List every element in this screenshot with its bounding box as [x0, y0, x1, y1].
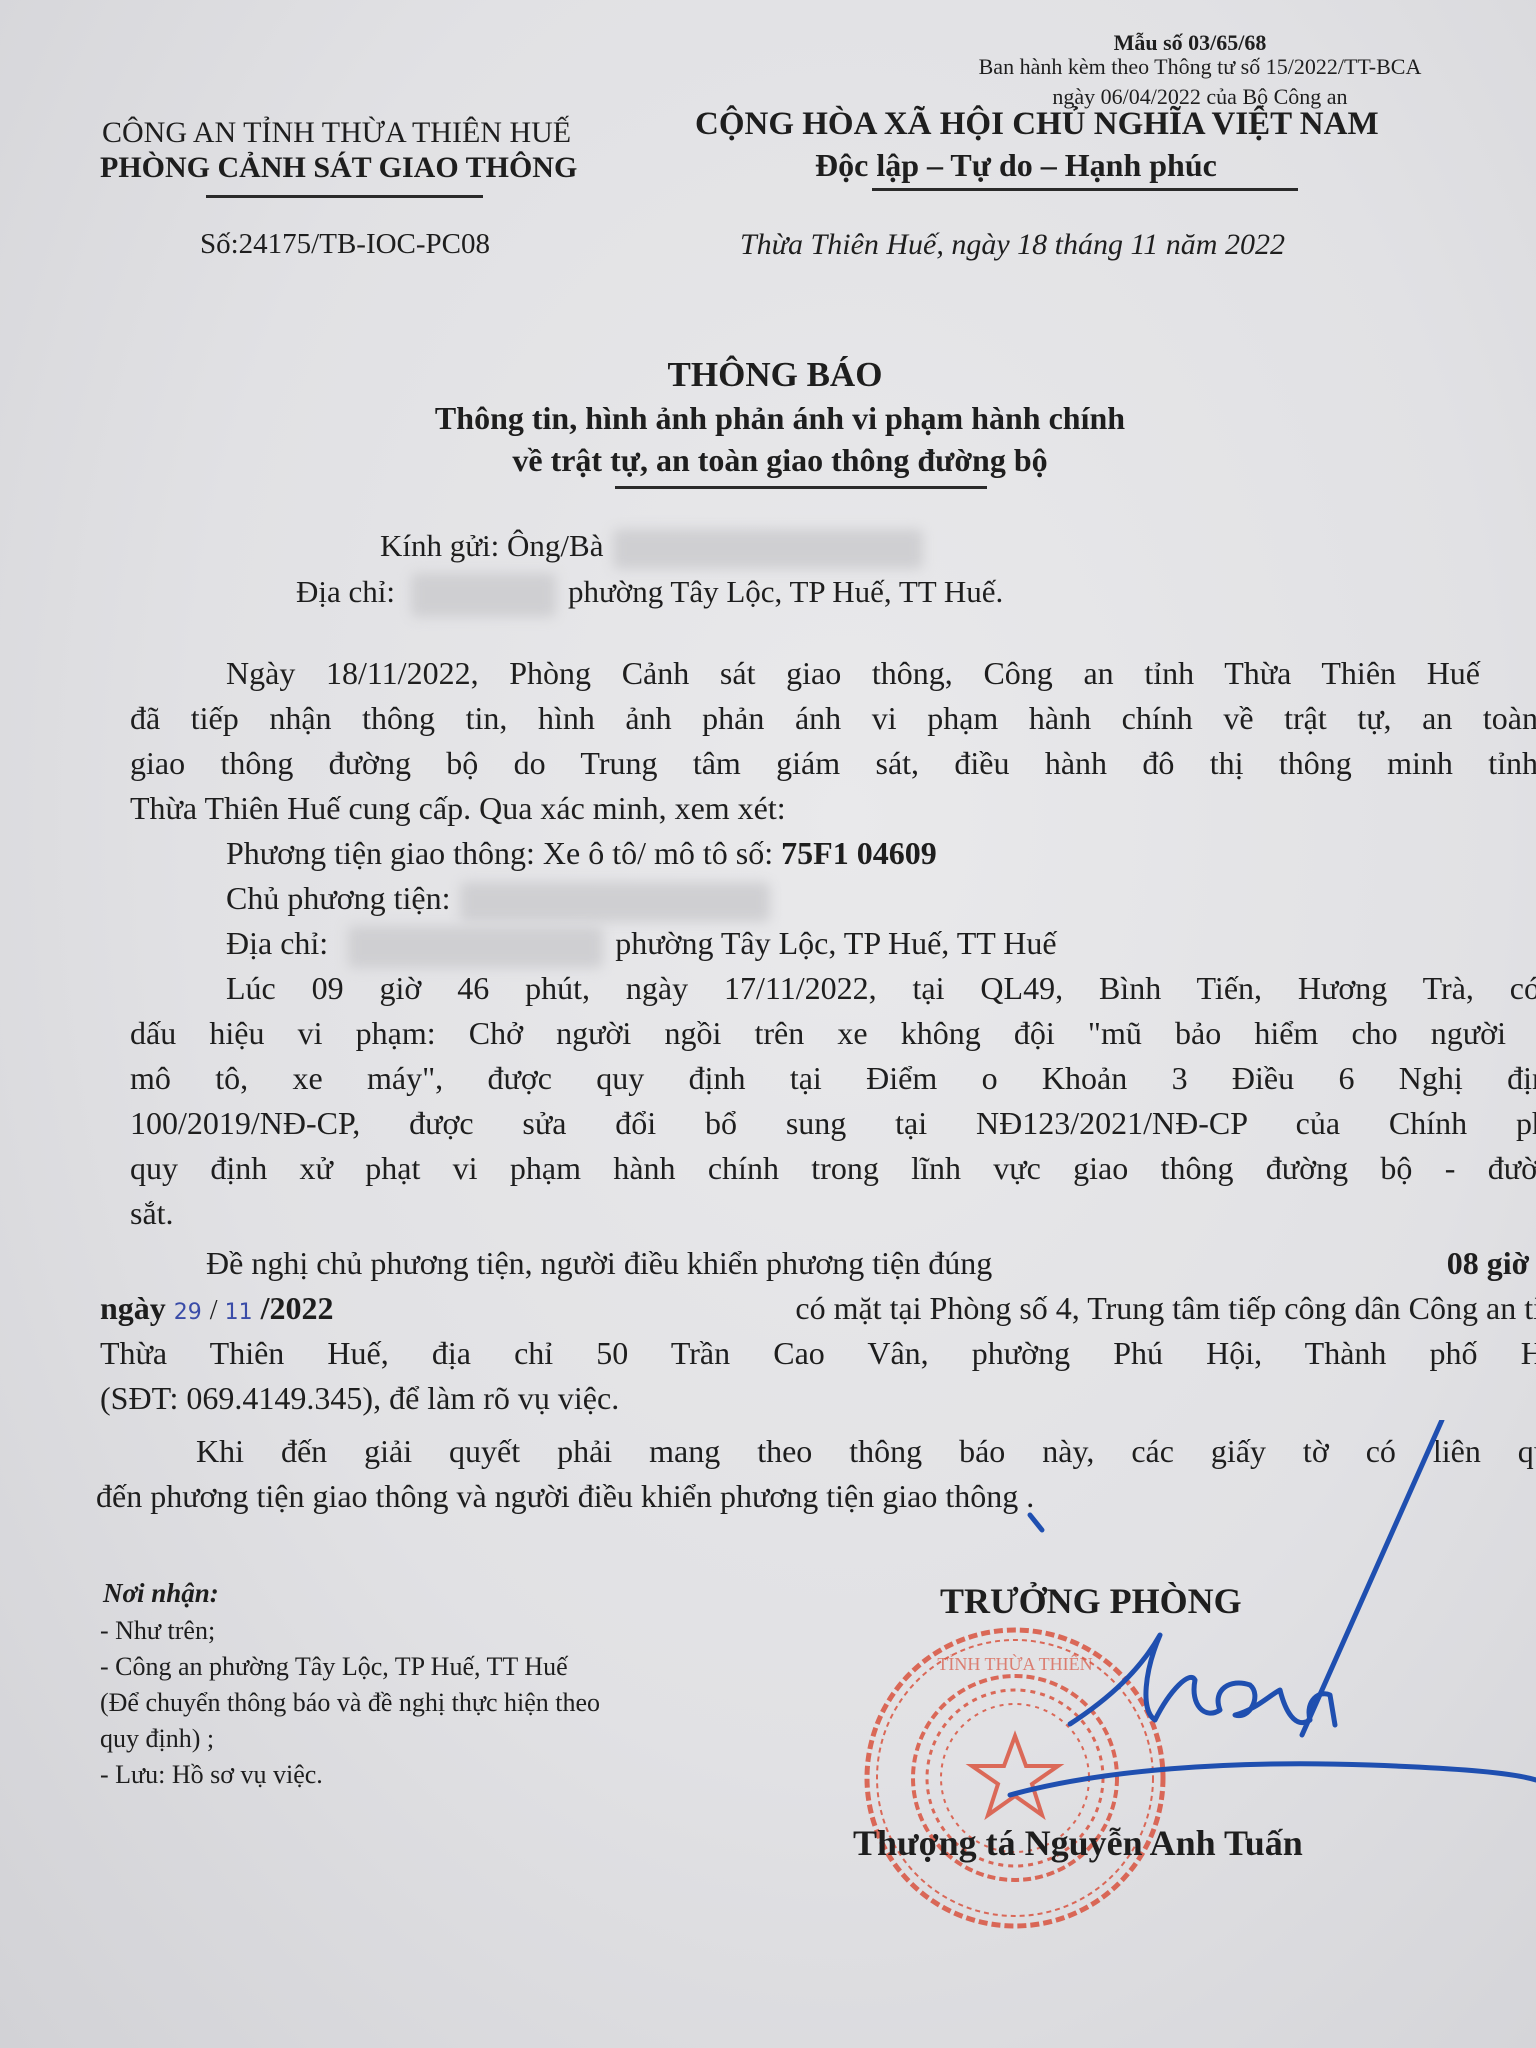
- place-date: Thừa Thiên Huế, ngày 18 tháng 11 năm 202…: [740, 228, 1285, 262]
- handwritten-month: 11: [225, 1300, 253, 1325]
- violation-line1: Lúc 09 giờ 46 phút, ngày 17/11/2022, tại…: [226, 970, 1536, 1007]
- bring-line1: Khi đến giải quyết phải mang theo thông …: [196, 1433, 1536, 1470]
- recipient-item: (Để chuyển thông báo và đề nghị thực hiệ…: [100, 1685, 600, 1721]
- request-line3: Thừa Thiên Huế, địa chỉ 50 Trần Cao Vân,…: [100, 1335, 1536, 1372]
- request-line2-rest: có mặt tại Phòng số 4, Trung tâm tiếp cô…: [795, 1290, 1536, 1327]
- owner-address-label: Địa chỉ:: [226, 925, 328, 961]
- violation-line5: quy định xử phạt vi phạm hành chính tron…: [130, 1150, 1536, 1187]
- address-label: Địa chỉ:: [296, 574, 395, 609]
- document-number: Số:24175/TB-IOC-PC08: [200, 228, 490, 261]
- form-issued-line1: Ban hành kèm theo Thông tư số 15/2022/TT…: [860, 52, 1536, 82]
- signer-name: Thượng tá Nguyễn Anh Tuấn: [853, 1822, 1303, 1864]
- agency-underline: [206, 195, 483, 198]
- bring-line2: đến phương tiện giao thông và người điều…: [96, 1478, 1034, 1515]
- recipient-item: - Lưu: Hồ sơ vụ việc.: [100, 1757, 600, 1793]
- redacted-owner: [460, 882, 770, 922]
- title-underline: [615, 486, 987, 489]
- body-p1-line2: đã tiếp nhận thông tin, hình ảnh phản án…: [130, 700, 1536, 737]
- request-time: 08 giờ 00’: [1447, 1245, 1536, 1282]
- signer-title: TRƯỞNG PHÒNG: [940, 1580, 1242, 1622]
- body-p1-line1: Ngày 18/11/2022, Phòng Cảnh sát giao thô…: [226, 655, 1480, 692]
- request-line2: ngày 29 / 11 /2022 có mặt tại Phòng số 4…: [100, 1290, 1536, 1327]
- owner-address-line: Địa chỉ:phường Tây Lộc, TP Huế, TT Huế: [226, 925, 1057, 968]
- redacted-owner-address: [348, 926, 603, 968]
- form-issued-note: Ban hành kèm theo Thông tư số 15/2022/TT…: [860, 52, 1536, 112]
- request-line1: Đề nghị chủ phương tiện, người điều khiể…: [206, 1245, 1536, 1282]
- violation-line6: sắt.: [130, 1195, 174, 1232]
- national-motto: Độc lập – Tự do – Hạnh phúc: [815, 147, 1217, 184]
- request-line4: (SĐT: 069.4149.345), để làm rõ vụ việc.: [100, 1380, 619, 1417]
- recipients-list: - Như trên; - Công an phường Tây Lộc, TP…: [100, 1613, 600, 1793]
- owner-label: Chủ phương tiện:: [226, 880, 450, 916]
- violation-line4: 100/2019/NĐ-CP, được sửa đổi bổ sung tại…: [130, 1105, 1536, 1142]
- vehicle-label: Phương tiện giao thông: Xe ô tô/ mô tô s…: [226, 835, 773, 871]
- vehicle-line: Phương tiện giao thông: Xe ô tô/ mô tô s…: [226, 835, 937, 872]
- addressee-line: Kính gửi: Ông/Bà: [380, 528, 923, 569]
- document-subtitle-line2: về trật tự, an toàn giao thông đường bộ: [0, 442, 1536, 479]
- recipient-item: - Như trên;: [100, 1613, 600, 1649]
- handwritten-day: 29: [174, 1300, 202, 1325]
- recipient-item: quy định) ;: [100, 1721, 600, 1757]
- document-subtitle-line1: Thông tin, hình ảnh phản ánh vi phạm hàn…: [0, 400, 1536, 437]
- address-suffix: phường Tây Lộc, TP Huế, TT Huế.: [568, 574, 1003, 609]
- request-text: Đề nghị chủ phương tiện, người điều khiể…: [206, 1245, 992, 1282]
- national-title: CỘNG HÒA XÃ HỘI CHỦ NGHĨA VIỆT NAM: [695, 106, 1379, 143]
- violation-line2: dấu hiệu vi phạm: Chở người ngồi trên xe…: [130, 1015, 1536, 1052]
- agency-name: CÔNG AN TỈNH THỪA THIÊN HUẾ: [102, 116, 571, 150]
- addressee-address: Địa chỉ:phường Tây Lộc, TP Huế, TT Huế.: [296, 573, 1003, 617]
- recipient-item: - Công an phường Tây Lộc, TP Huế, TT Huế: [100, 1649, 600, 1685]
- request-year: /2022: [261, 1290, 334, 1326]
- body-p1-line4: Thừa Thiên Huế cung cấp. Qua xác minh, x…: [130, 790, 786, 827]
- redacted-address: [411, 573, 556, 617]
- owner-line: Chủ phương tiện:: [226, 880, 770, 922]
- document-title: THÔNG BÁO: [0, 355, 1536, 395]
- vehicle-plate: 75F1 04609: [781, 835, 937, 871]
- violation-line3: mô tô, xe máy", được quy định tại Điểm o…: [130, 1060, 1536, 1097]
- recipients-heading: Nơi nhận:: [103, 1578, 219, 1609]
- salutation: Kính gửi: Ông/Bà: [380, 528, 603, 563]
- motto-underline: [872, 188, 1298, 191]
- request-day-label: ngày: [100, 1290, 166, 1326]
- owner-address-suffix: phường Tây Lộc, TP Huế, TT Huế: [615, 925, 1056, 961]
- body-p1-line3: giao thông đường bộ do Trung tâm giám sá…: [130, 745, 1536, 782]
- redacted-name: [613, 529, 923, 569]
- department-name: PHÒNG CẢNH SÁT GIAO THÔNG: [100, 151, 577, 185]
